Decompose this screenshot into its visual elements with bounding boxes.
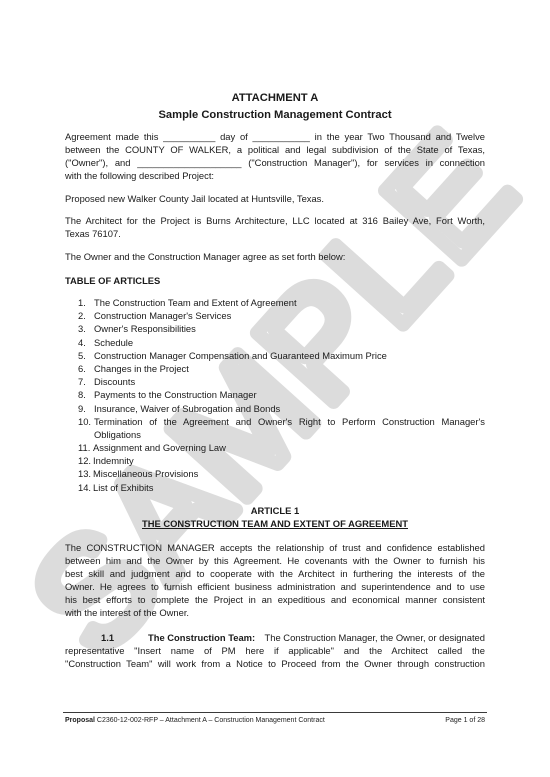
toc-text: Insurance, Waiver of Subrogation and Bon… [94, 402, 485, 415]
toc-number: 9. [78, 402, 86, 415]
project-paragraph: Proposed new Walker County Jail located … [65, 192, 485, 205]
agreement-paragraph: The Owner and the Construction Manager a… [65, 250, 485, 263]
architect-line: Texas 76107. [65, 227, 485, 240]
intro-line: ("Owner"), and ____________________ ("Co… [65, 156, 485, 169]
section-number: 1.1 [101, 631, 148, 644]
toc-text: Changes in the Project [94, 362, 485, 375]
footer-proposal-label: Proposal [65, 717, 95, 724]
toc-text: The Construction Team and Extent of Agre… [94, 296, 485, 309]
toc-text: Construction Manager Compensation and Gu… [94, 349, 485, 362]
document-subtitle: Sample Construction Management Contract [65, 109, 485, 122]
document-page: SAMPLE ATTACHMENT A Sample Construction … [0, 0, 550, 777]
toc-number: 7. [78, 375, 86, 388]
toc-item: 2.Construction Manager's Services [78, 309, 485, 322]
toc-text: Termination of the Agreement and Owner's… [94, 415, 485, 428]
toc-number: 12. [78, 454, 91, 467]
toc-number: 6. [78, 362, 86, 375]
toc-number: 3. [78, 322, 86, 335]
article-line: The CONSTRUCTION MANAGER accepts the rel… [65, 541, 485, 554]
toc-text: List of Exhibits [93, 481, 485, 494]
article-line: best skill and judgment and to cooperate… [65, 567, 485, 580]
toc-number: 5. [78, 349, 86, 362]
article-heading: THE CONSTRUCTION TEAM AND EXTENT OF AGRE… [65, 517, 485, 530]
toc-item: 13.Miscellaneous Provisions [78, 467, 485, 480]
section-title: The Construction Team: [148, 631, 255, 644]
toc-item: 11.Assignment and Governing Law [78, 441, 485, 454]
section-line: The Construction Manager, the Owner, or … [255, 631, 485, 644]
intro-line: Agreement made this __________ day of __… [65, 130, 485, 143]
toc-text: Indemnity [93, 454, 485, 467]
page-number: Page 1 of 28 [445, 716, 485, 726]
toc-number: 13. [78, 467, 91, 480]
article-label: ARTICLE 1 [65, 504, 485, 517]
toc-number: 8. [78, 388, 86, 401]
article-line: Owner. He agrees to furnish efficient bu… [65, 580, 485, 593]
footer-divider [63, 712, 487, 713]
toc-number: 14. [78, 481, 91, 494]
toc-item: 1.The Construction Team and Extent of Ag… [78, 296, 485, 309]
toc-item: 7.Discounts [78, 375, 485, 388]
intro-line: between the COUNTY OF WALKER, a politica… [65, 143, 485, 156]
article-line: his best efforts to complete the Project… [65, 593, 485, 606]
toc-item: 14.List of Exhibits [78, 481, 485, 494]
toc-text: Obligations [94, 428, 485, 441]
toc-item: 10.Termination of the Agreement and Owne… [78, 415, 485, 428]
indent-spacer [65, 631, 101, 644]
toc-item: 5.Construction Manager Compensation and … [78, 349, 485, 362]
section-line: representative "Insert name of PM here i… [65, 644, 485, 657]
toc-text: Miscellaneous Provisions [93, 467, 485, 480]
toc-number: 11. [78, 441, 90, 454]
toc-text: Discounts [94, 375, 485, 388]
toc-text: Owner's Responsibilities [94, 322, 485, 335]
article-heading-text: THE CONSTRUCTION TEAM AND EXTENT OF AGRE… [142, 518, 408, 529]
toc-number: 4. [78, 336, 86, 349]
section-first-line: 1.1 The Construction Team: The Construct… [65, 631, 485, 644]
toc-item: 3.Owner's Responsibilities [78, 322, 485, 335]
toc-item: 4.Schedule [78, 336, 485, 349]
toc-item: 12.Indemnity [78, 454, 485, 467]
section-line: "Construction Team" will work from a Not… [65, 657, 485, 670]
toc-text: Schedule [94, 336, 485, 349]
document-title: ATTACHMENT A [65, 92, 485, 105]
toc-number: 1. [78, 296, 86, 309]
toc-text: Payments to the Construction Manager [94, 388, 485, 401]
toc-number: 10. [78, 415, 91, 428]
intro-line: with the following described Project: [65, 169, 485, 182]
article-line: between him and the Owner by this Agreem… [65, 554, 485, 567]
toc-item-continuation: Obligations [78, 428, 485, 441]
architect-line: The Architect for the Project is Burns A… [65, 214, 485, 227]
toc-item: 6.Changes in the Project [78, 362, 485, 375]
toc-number: 2. [78, 309, 86, 322]
article-line: with the interest of the Owner. [65, 606, 485, 619]
page-footer: Proposal C2360-12-002-RFP – Attachment A… [65, 716, 485, 726]
toc-text: Construction Manager's Services [94, 309, 485, 322]
toc-item: 8.Payments to the Construction Manager [78, 388, 485, 401]
footer-document-reference: C2360-12-002-RFP – Attachment A – Constr… [95, 717, 325, 724]
toc-heading: TABLE OF ARTICLES [65, 274, 485, 287]
toc-text: Assignment and Governing Law [93, 441, 485, 454]
toc-item: 9.Insurance, Waiver of Subrogation and B… [78, 402, 485, 415]
table-of-articles: 1.The Construction Team and Extent of Ag… [78, 296, 485, 494]
